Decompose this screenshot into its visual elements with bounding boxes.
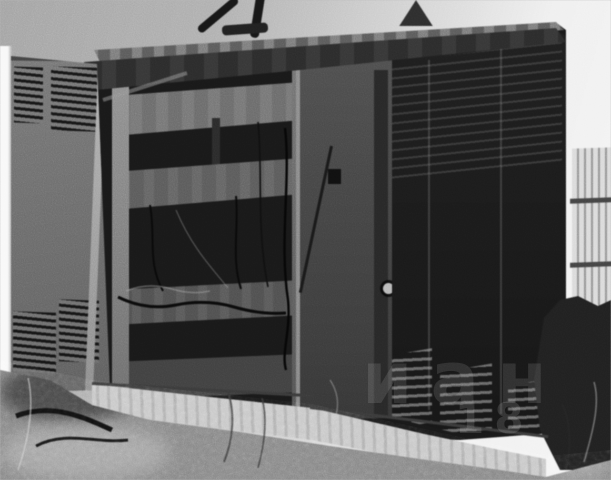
photo-noise-overlay [0, 0, 611, 480]
photo-canvas: иан 18 [0, 0, 611, 480]
